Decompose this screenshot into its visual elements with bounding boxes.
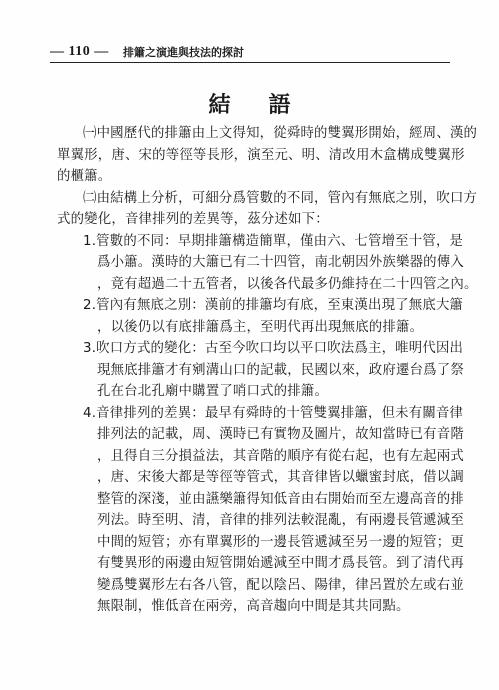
text-line: ㈠中國歷代的排簫由上文得知，從舜時的雙翼形開始，經周、漢的: [57, 123, 445, 145]
text-line: 列法。時至明、清，音律的排列法較混亂，有兩邊長管遞減至: [57, 510, 445, 532]
text-line: 3.吹口方式的變化：古至今吹口均以平口吹法爲主，唯明代因出: [57, 338, 445, 360]
text-line: 無限制，惟低音在兩旁，高音趨向中間是其共同點。: [57, 596, 445, 618]
text-line: 爲小簫。漢時的大簫已有二十四管，南北朝因外族樂器的傳入: [57, 252, 445, 274]
list-item-2: 2.管內有無底之別：漢前的排簫均有底，至東漢出現了無底大簫 ，以後仍以有底排簫爲…: [57, 295, 445, 338]
text-line: ，以後仍以有底排簫爲主，至明代再出現無底的排簫。: [57, 317, 445, 339]
running-header: — 110 — 排簫之演進與技法的探討: [50, 44, 450, 62]
text-line: ㈡由結構上分析，可細分爲管數的不同，管內有無底之別，吹口方: [57, 188, 445, 210]
page-number: — 110 —: [50, 44, 109, 60]
running-title: 排簫之演進與技法的探討: [123, 45, 244, 61]
text-line: 排列法的記載，周、漢時已有實物及圖片，故知當時已有音階: [57, 424, 445, 446]
text-line: 現無底排簫才有剜溝山口的記載，民國以來，政府遷台爲了祭: [57, 360, 445, 382]
chapter-title: 結語: [0, 88, 499, 119]
paragraph-2: ㈡由結構上分析，可細分爲管數的不同，管內有無底之別，吹口方 式的變化，音律排列的…: [57, 188, 445, 231]
text-line: 整管的深淺，並由讌樂簫得知低音由右開始而至左邊高音的排: [57, 489, 445, 511]
body-text: ㈠中國歷代的排簫由上文得知，從舜時的雙翼形開始，經周、漢的 單翼形，唐、宋的等徑…: [57, 123, 445, 618]
text-line: 1.管數的不同：早期排簫構造簡單，僅由六、七管增至十管，是: [57, 231, 445, 253]
text-line: ，唐、宋後大都是等徑等管式，其音律皆以蠟蜜封底，借以調: [57, 467, 445, 489]
text-line: 式的變化，音律排列的差異等，茲分述如下：: [57, 209, 445, 231]
list-item-4: 4.音律排列的差異：最早有舜時的十管雙翼排簫，但未有關音律 排列法的記載，周、漢…: [57, 403, 445, 618]
text-line: ，竟有超過二十五管者，以後各代最多仍維持在二十四管之內。: [57, 274, 445, 296]
document-page: — 110 — 排簫之演進與技法的探討 結語 ㈠中國歷代的排簫由上文得知，從舜時…: [0, 0, 499, 690]
text-line: 單翼形，唐、宋的等徑等長形，演至元、明、清改用木盒構成雙翼形: [57, 145, 445, 167]
text-line: 孔在台北孔廟中購置了哨口式的排簫。: [57, 381, 445, 403]
text-line: 4.音律排列的差異：最早有舜時的十管雙翼排簫，但未有關音律: [57, 403, 445, 425]
text-line: 的櫃簫。: [57, 166, 445, 188]
text-line: 2.管內有無底之別：漢前的排簫均有底，至東漢出現了無底大簫: [57, 295, 445, 317]
text-line: 有雙異形的兩邊由短管開始遞減至中間才爲長管。到了清代再: [57, 553, 445, 575]
text-line: 中間的短管；亦有單翼形的一邊長管遞減至另一邊的短管；更: [57, 532, 445, 554]
paragraph-1: ㈠中國歷代的排簫由上文得知，從舜時的雙翼形開始，經周、漢的 單翼形，唐、宋的等徑…: [57, 123, 445, 188]
header-rule: [50, 62, 450, 63]
text-line: 變爲雙翼形左右各八管，配以陰呂、陽律，律呂置於左或右並: [57, 575, 445, 597]
list-item-3: 3.吹口方式的變化：古至今吹口均以平口吹法爲主，唯明代因出 現無底排簫才有剜溝山…: [57, 338, 445, 403]
list-item-1: 1.管數的不同：早期排簫構造簡單，僅由六、七管增至十管，是 爲小簫。漢時的大簫已…: [57, 231, 445, 296]
text-line: ，且得自三分損益法，其音階的順序有從右起，也有左起兩式: [57, 446, 445, 468]
